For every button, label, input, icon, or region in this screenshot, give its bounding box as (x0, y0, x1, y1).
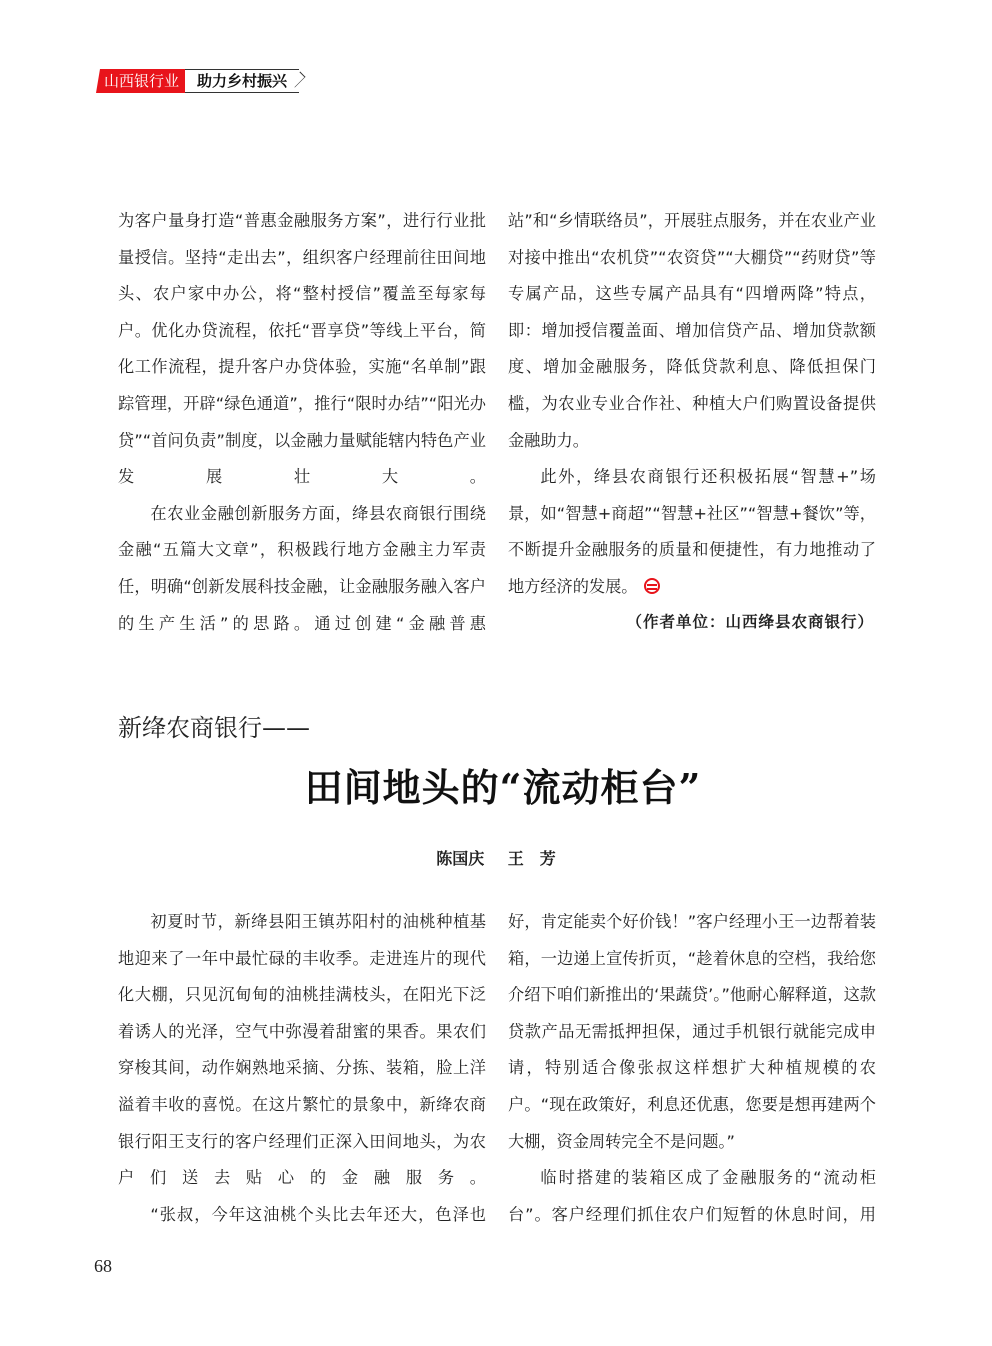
section-tag: 山西银行业 (96, 69, 185, 93)
paragraph: 站”和“乡情联络员”，开展驻点服务，并在农业产业对接中推出“农机贷”“农资贷”“… (508, 203, 876, 459)
article-kicker: 新绛农商银行—— (118, 708, 310, 743)
previous-article-left-column: 为客户量身打造“普惠金融服务方案”，进行行业批量授信。坚持“走出去”，组织客户经… (118, 203, 486, 642)
section-subtitle: 助力乡村振兴 (185, 69, 299, 93)
article-left-column: 初夏时节，新绛县阳王镇苏阳村的油桃种植基地迎来了一年中最忙碌的丰收季。走进连片的… (118, 904, 486, 1233)
article-title: 田间地头的“流动柜台” (0, 757, 992, 812)
paragraph: 初夏时节，新绛县阳王镇苏阳村的油桃种植基地迎来了一年中最忙碌的丰收季。走进连片的… (118, 904, 486, 1197)
section-header-tag: 山西银行业 助力乡村振兴 (96, 69, 299, 93)
paragraph: 为客户量身打造“普惠金融服务方案”，进行行业批量授信。坚持“走出去”，组织客户经… (118, 203, 486, 496)
page-number: 68 (94, 1256, 112, 1277)
author-unit: （作者单位：山西绛县农商银行） (626, 610, 874, 632)
previous-article-right-column: 站”和“乡情联络员”，开展驻点服务，并在农业产业对接中推出“农机贷”“农资贷”“… (508, 203, 876, 606)
paragraph: 临时搭建的装箱区成了金融服务的“流动柜台”。客户经理们抓住农户们短暂的休息时间，… (508, 1160, 876, 1233)
paragraph: 在农业金融创新服务方面，绛县农商银行围绕金融“五篇大文章”，积极践行地方金融主力… (118, 496, 486, 642)
author-name: 王 芳 (508, 849, 556, 868)
end-mark-icon (644, 578, 660, 594)
paragraph: 好，肯定能卖个好价钱！”客户经理小王一边帮着装箱，一边递上宣传折页，“趁着休息的… (508, 904, 876, 1160)
article-right-column: 好，肯定能卖个好价钱！”客户经理小王一边帮着装箱，一边递上宣传折页，“趁着休息的… (508, 904, 876, 1233)
paragraph: “张叔，今年这油桃个头比去年还大，色泽也 (118, 1197, 486, 1234)
paragraph-text: 此外，绛县农商银行还积极拓展“智慧+”场景，如“智慧+商超”“智慧+社区”“智慧… (508, 467, 876, 596)
paragraph: 此外，绛县农商银行还积极拓展“智慧+”场景，如“智慧+商超”“智慧+社区”“智慧… (508, 459, 876, 605)
author-name: 陈国庆 (436, 849, 484, 868)
byline: 陈国庆 王 芳 (0, 846, 992, 869)
